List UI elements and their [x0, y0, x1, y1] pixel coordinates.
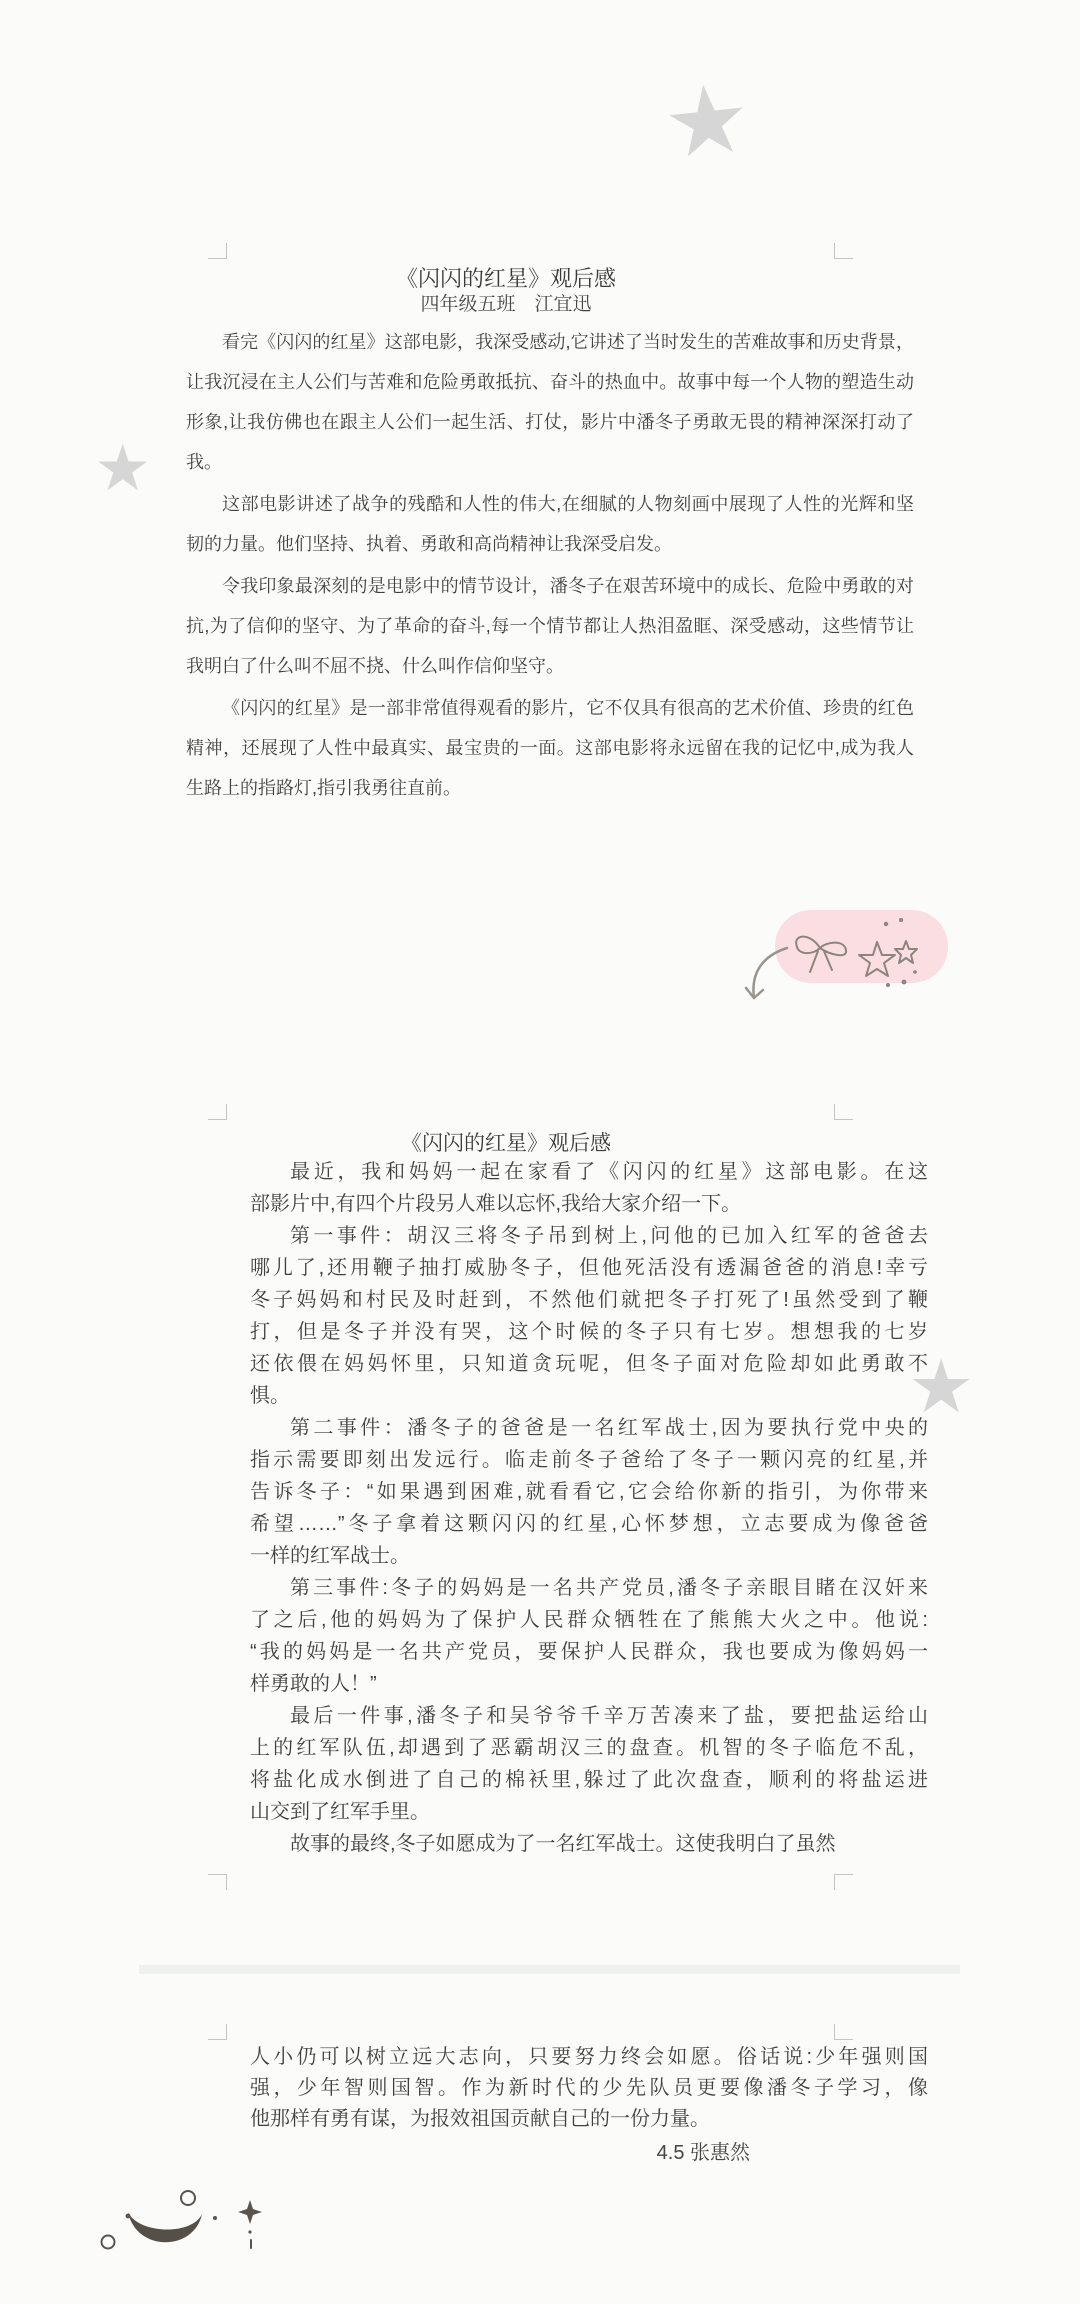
- doodle-dot: [213, 2216, 217, 2220]
- text-line: 样勇敢的人！”: [250, 1668, 928, 1700]
- sparkle-icon: [238, 2200, 262, 2224]
- page-corner-mark: [208, 1874, 227, 1890]
- text-line: 第二事件：潘冬子的爸爸是一名红军战士,因为要执行党中央的: [250, 1412, 928, 1444]
- paragraph: 第三事件:冬子的妈妈是一名共产党员,潘冬子亲眼目睹在汉奸来了之后,他的妈妈为了保…: [250, 1572, 928, 1700]
- text-line: 故事的最终,冬子如愿成为了一名红军战士。这使我明白了虽然: [250, 1828, 928, 1860]
- star-icon: ★: [94, 436, 151, 500]
- doodle-dot: [126, 2214, 131, 2219]
- text-line: 指示需要即刻出发远行。临走前冬子爸给了冬子一颗闪亮的红星,并: [250, 1444, 928, 1476]
- text-line: 他那样有勇有谋，为报效祖国贡献自己的一份力量。: [250, 2104, 928, 2135]
- text-line: 我明白了什么叫不屈不挠、什么叫作信仰坚守。: [186, 646, 914, 686]
- text-line: 将盐化成水倒进了自己的棉袄里,躲过了此次盘查，顺利的将盐运进: [250, 1764, 928, 1796]
- text-line: 人小仍可以树立远大志向，只要努力终会如愿。俗话说:少年强则国: [250, 2042, 928, 2073]
- paragraph: 这部电影讲述了战争的残酷和人性的伟大,在细腻的人物刻画中展现了人性的光辉和坚韧的…: [186, 484, 914, 564]
- paragraph: 最近，我和妈妈一起在家看了《闪闪的红星》这部电影。在这部影片中,有四个片段另人难…: [250, 1156, 928, 1220]
- text-line: 打，但是冬子并没有哭，这个时候的冬子只有七岁。想想我的七岁: [250, 1316, 928, 1348]
- page-corner-mark: [208, 1104, 227, 1120]
- text-line: 我。: [186, 442, 914, 482]
- text-line: 最后一件事,潘冬子和吴爷爷千辛万苦凑来了盐，要把盐运给山: [250, 1700, 928, 1732]
- doodle-circle: [102, 2236, 115, 2249]
- paragraph: 第二事件：潘冬子的爸爸是一名红军战士,因为要执行党中央的指示需要即刻出发远行。临…: [250, 1412, 928, 1572]
- text-line: 告诉冬子：“如果遇到困难,就看看它,它会给你新的指引，为你带来: [250, 1476, 928, 1508]
- essay1-byline: 四年级五班 江宜迅: [186, 289, 826, 316]
- text-line: 最近，我和妈妈一起在家看了《闪闪的红星》这部电影。在这: [250, 1156, 928, 1188]
- text-line: “我的妈妈是一名共产党员，要保护人民群众，我也要成为像妈妈一: [250, 1636, 928, 1668]
- text-line: 一样的红军战士。: [250, 1540, 928, 1572]
- crescent-moon-icon: [128, 2212, 202, 2242]
- essay2-body: 最近，我和妈妈一起在家看了《闪闪的红星》这部电影。在这部影片中,有四个片段另人难…: [250, 1156, 928, 1860]
- paragraph: 看完《闪闪的红星》这部电影，我深受感动,它讲述了当时发生的苦难故事和历史背景，让…: [186, 322, 914, 482]
- text-line: 生路上的指路灯,指引我勇往直前。: [186, 768, 914, 808]
- text-line: 韧的力量。他们坚持、执着、勇敢和高尚精神让我深受启发。: [186, 524, 914, 564]
- text-line: 部影片中,有四个片段另人难以忘怀,我给大家介绍一下。: [250, 1188, 928, 1220]
- paragraph: 第一事件：胡汉三将冬子吊到树上,问他的已加入红军的爸爸去哪儿了,还用鞭子抽打威胁…: [250, 1220, 928, 1412]
- text-line: 上的红军队伍,却遇到了恶霸胡汉三的盘查。机智的冬子临危不乱，: [250, 1732, 928, 1764]
- text-line: 第一事件：胡汉三将冬子吊到树上,问他的已加入红军的爸爸去: [250, 1220, 928, 1252]
- author-signature: 4.5 张惠然: [250, 2136, 750, 2165]
- page-corner-mark: [834, 2024, 853, 2040]
- text-line: 了之后,他的妈妈为了保护人民群众牺牲在了熊熊大火之中。他说:: [250, 1604, 928, 1636]
- text-line: 这部电影讲述了战争的残酷和人性的伟大,在细腻的人物刻画中展现了人性的光辉和坚: [186, 484, 914, 524]
- paragraph: 人小仍可以树立远大志向，只要努力终会如愿。俗话说:少年强则国强，少年智则国智。作…: [250, 2042, 928, 2135]
- text-line: 冬子妈妈和村民及时赶到，不然他们就把冬子打死了!虽然受到了鞭: [250, 1284, 928, 1316]
- page-corner-mark: [208, 243, 227, 259]
- text-line: 山交到了红军手里。: [250, 1796, 928, 1828]
- doodle-dot: [248, 2230, 251, 2233]
- text-line: 形象,让我仿佛也在跟主人公们一起生活、打仗，影片中潘冬子勇敢无畏的精神深深打动了: [186, 402, 914, 442]
- page-corner-mark: [208, 2024, 227, 2040]
- text-line: 精神，还展现了人性中最真实、最宝贵的一面。这部电影将永远留在我的记忆中,成为我人: [186, 728, 914, 768]
- paragraph: 令我印象最深刻的是电影中的情节设计，潘冬子在艰苦环境中的成长、危险中勇敢的对抗,…: [186, 566, 914, 686]
- text-line: 抗,为了信仰的坚守、为了革命的奋斗,每一个情节都让人热泪盈眶、深受感动，这些情节…: [186, 606, 914, 646]
- page-corner-mark: [834, 1104, 853, 1120]
- text-line: 惧。: [250, 1380, 928, 1412]
- essay1-body: 看完《闪闪的红星》这部电影，我深受感动,它讲述了当时发生的苦难故事和历史背景，让…: [186, 322, 914, 810]
- essay2-continuation: 人小仍可以树立远大志向，只要努力终会如愿。俗话说:少年强则国强，少年智则国智。作…: [250, 2042, 928, 2135]
- text-line: 希望……”冬子拿着这颗闪闪的红星,心怀梦想，立志要成为像爸爸: [250, 1508, 928, 1540]
- paragraph: 故事的最终,冬子如愿成为了一名红军战士。这使我明白了虽然: [250, 1828, 928, 1860]
- text-line: 还依偎在妈妈怀里，只知道贪玩呢，但冬子面对危险却如此勇敢不: [250, 1348, 928, 1380]
- text-line: 让我沉浸在主人公们与苦难和危险勇敢抵抗、奋斗的热血中。故事中每一个人物的塑造生动: [186, 362, 914, 402]
- star-icon: ★: [659, 70, 755, 174]
- washi-sticker: [690, 860, 990, 1020]
- paragraph: 最后一件事,潘冬子和吴爷爷千辛万苦凑来了盐，要把盐运给山上的红军队伍,却遇到了恶…: [250, 1700, 928, 1828]
- paragraph: 《闪闪的红星》是一部非常值得观看的影片，它不仅具有很高的艺术价值、珍贵的红色精神…: [186, 688, 914, 808]
- text-line: 令我印象最深刻的是电影中的情节设计，潘冬子在艰苦环境中的成长、危险中勇敢的对: [186, 566, 914, 606]
- text-line: 第三事件:冬子的妈妈是一名共产党员,潘冬子亲眼目睹在汉奸来: [250, 1572, 928, 1604]
- page-corner-mark: [834, 243, 853, 259]
- document-canvas: ★ ★ ★ 《闪闪的红星》观后感 四年级五班 江宜迅 看完《闪闪的红星》这部电影…: [0, 0, 1080, 2304]
- text-line: 看完《闪闪的红星》这部电影，我深受感动,它讲述了当时发生的苦难故事和历史背景，: [186, 322, 914, 362]
- page-separator: [139, 1965, 960, 1974]
- text-line: 《闪闪的红星》是一部非常值得观看的影片，它不仅具有很高的艺术价值、珍贵的红色: [186, 688, 914, 728]
- moon-doodle-icon: [70, 2160, 290, 2280]
- text-line: 强，少年智则国智。作为新时代的少先队员更要像潘冬子学习，像: [250, 2073, 928, 2104]
- essay2-title: 《闪闪的红星》观后感: [186, 1127, 826, 1157]
- doodle-circle: [181, 2191, 195, 2205]
- page-corner-mark: [834, 1874, 853, 1890]
- text-line: 哪儿了,还用鞭子抽打威胁冬子，但他死活没有透漏爸爸的消息!幸亏: [250, 1252, 928, 1284]
- sticker-pill: [775, 910, 948, 983]
